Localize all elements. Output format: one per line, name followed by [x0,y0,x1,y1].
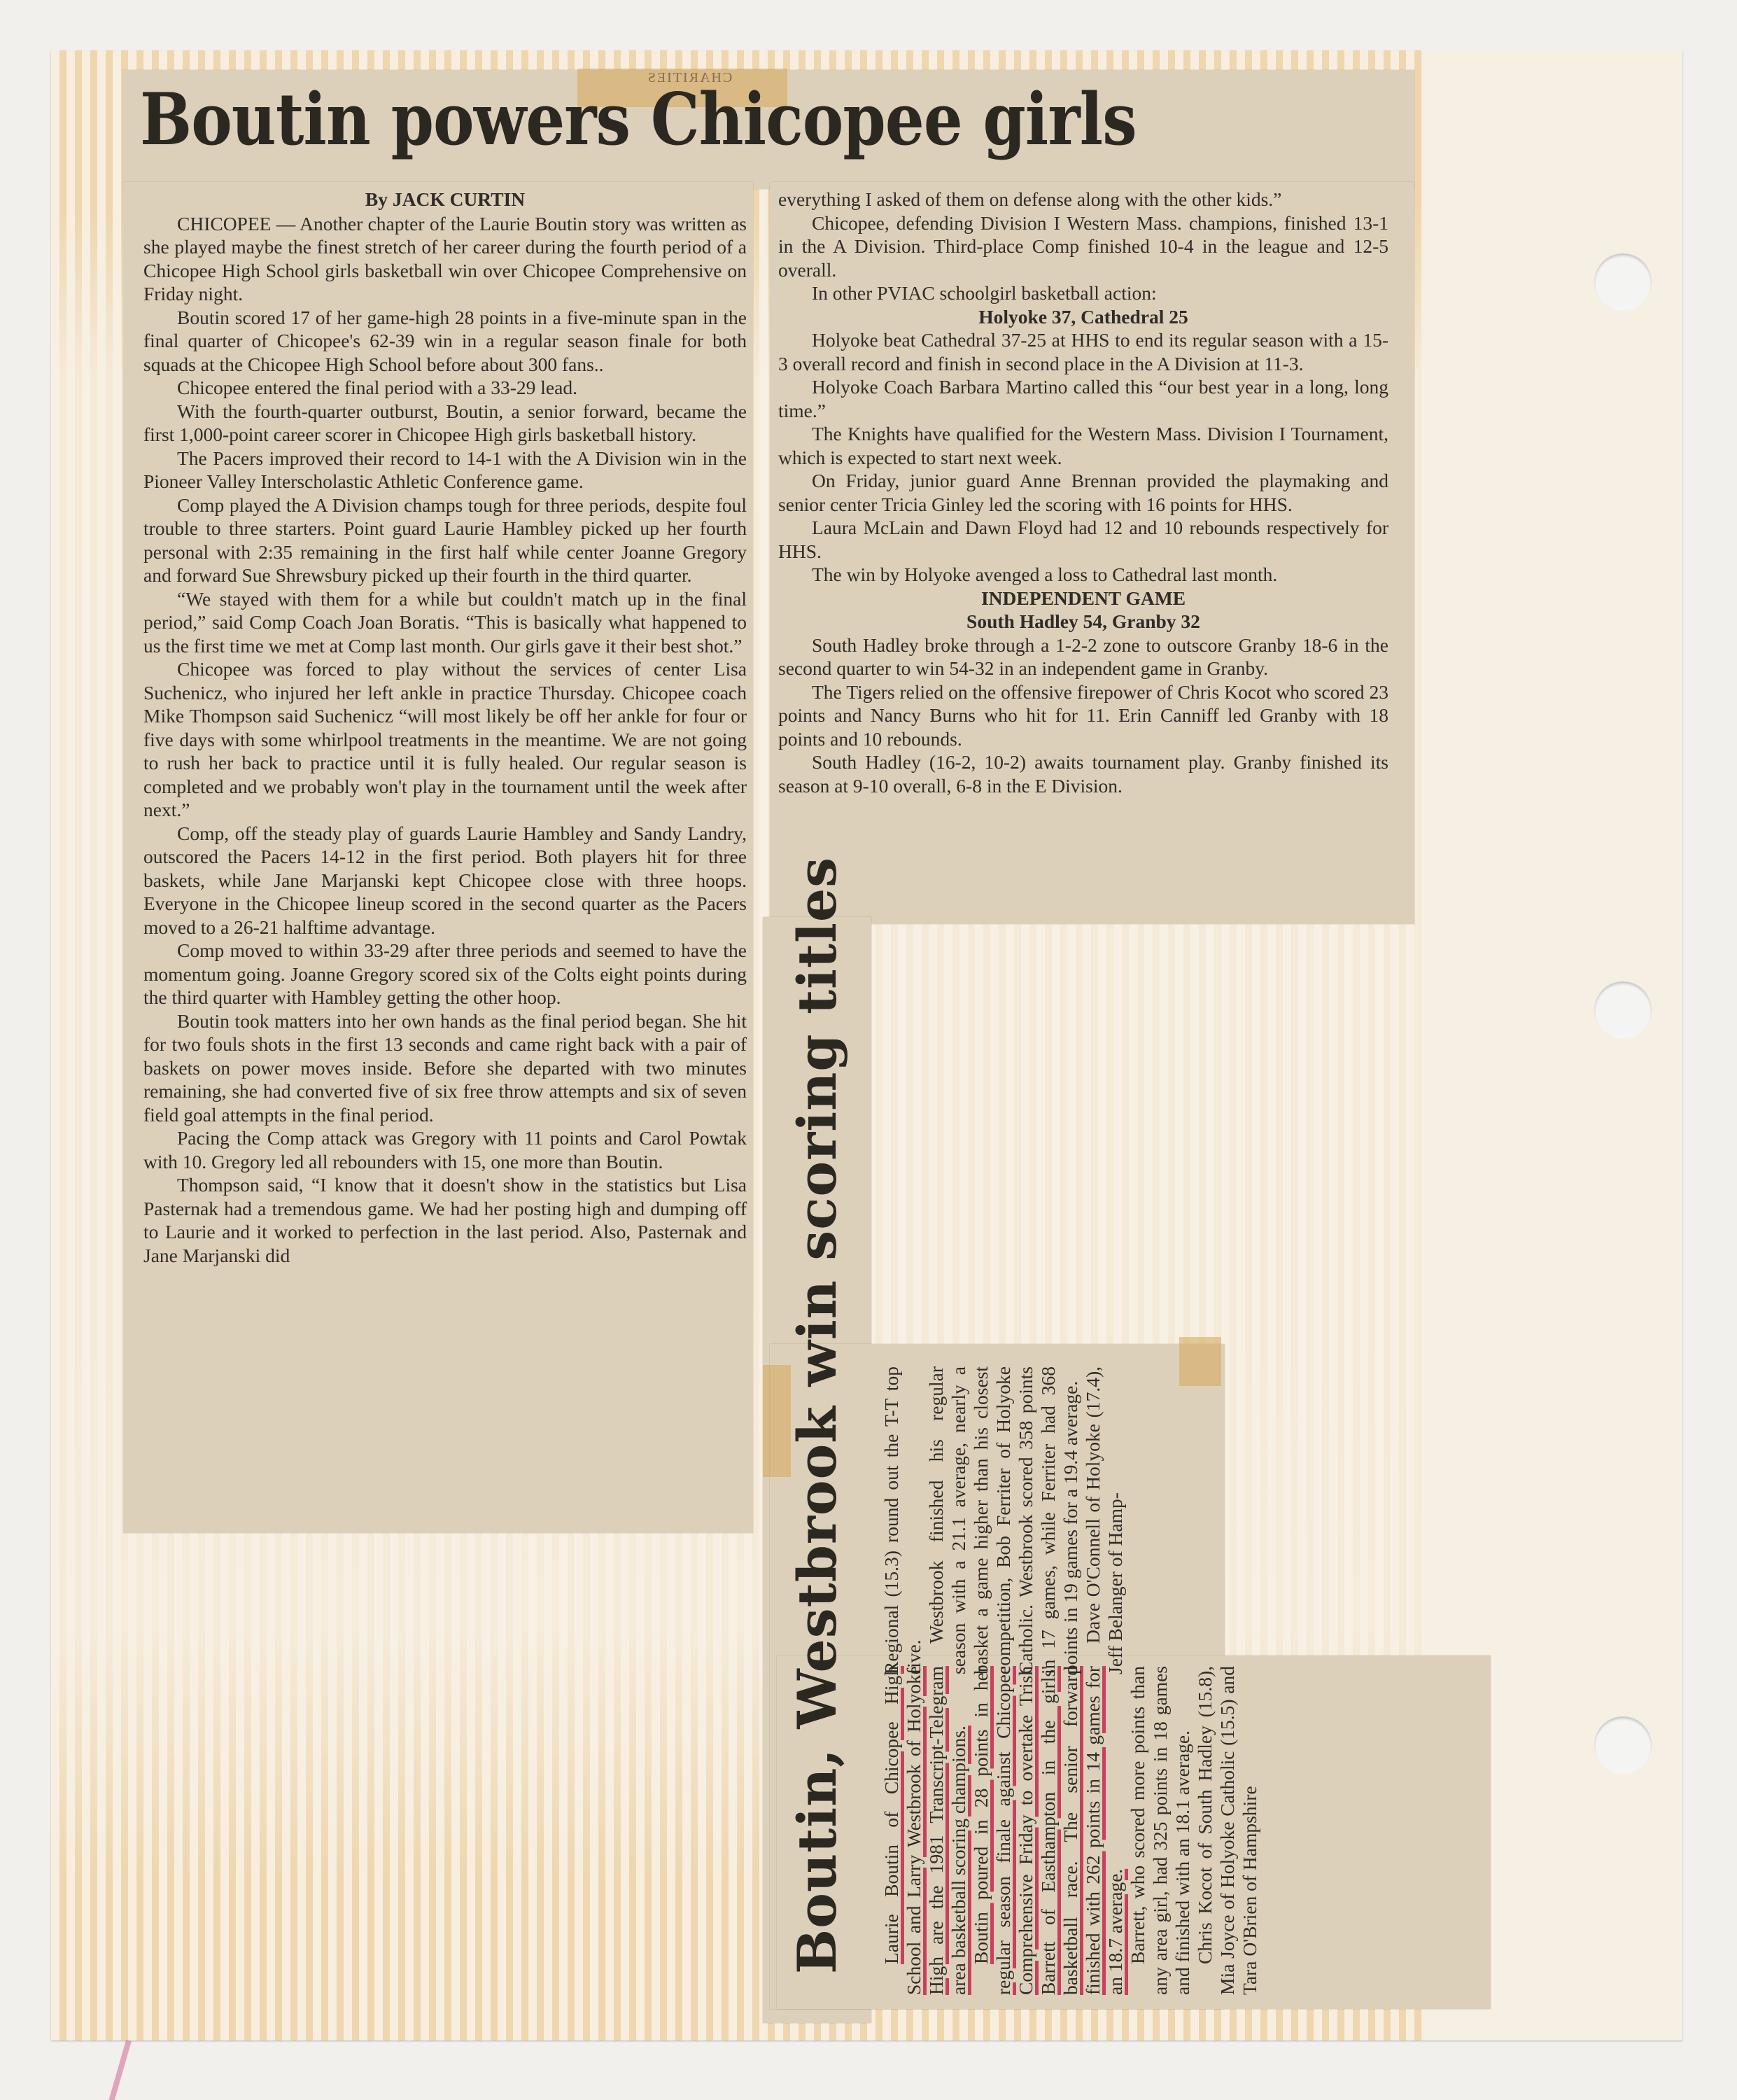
scoring-titles-column-2: Regional (15.3) round out the T-T top fi… [880,1366,1127,1674]
paragraph: Laura McLain and Dawn Floyd had 12 and 1… [778,516,1388,563]
article-right-column: everything I asked of them on defense al… [778,188,1388,797]
game-subhead: South Hadley 54, Granby 32 [778,610,1388,633]
paragraph: Comp played the A Division champs tough … [143,493,747,587]
paragraph: Thompson said, “I know that it doesn't s… [143,1173,747,1267]
paragraph: everything I asked of them on defense al… [778,188,1388,211]
paragraph: Boutin poured in 28 points in her regula… [970,1666,1127,1995]
paragraph: Chicopee entered the final period with a… [143,376,747,400]
paragraph: Chris Kocot of South Hadley (15.8), Mia … [1194,1666,1261,1995]
paragraph: The Knights have qualified for the Weste… [778,422,1388,469]
paragraph: South Hadley (16-2, 10-2) awaits tournam… [778,750,1388,797]
paragraph: The Tigers relied on the offensive firep… [778,680,1388,751]
paragraph: The win by Holyoke avenged a loss to Cat… [778,563,1388,587]
paragraph: Barrett, who scored more points than any… [1127,1666,1194,1995]
paragraph: Boutin took matters into her own hands a… [143,1009,747,1127]
paragraph: Comp, off the steady play of guards Laur… [143,822,747,939]
headline: Boutin powers Chicopee girls [140,84,1137,155]
paragraph: Chicopee was forced to play without the … [143,657,747,822]
scoring-titles-column-1: Laurie Boutin of Chicopee High School an… [880,1666,1261,1995]
paragraph: Holyoke Coach Barbara Martino called thi… [778,375,1388,422]
paragraph: Westbrook finished his regular season wi… [925,1366,1082,1674]
paragraph: Boutin scored 17 of her game-high 28 poi… [143,306,747,377]
paragraph: CHICOPEE — Another chapter of the Laurie… [143,212,747,306]
paragraph: With the fourth-quarter outburst, Boutin… [143,400,747,447]
binder-hole [1594,253,1652,311]
section-label: INDEPENDENT GAME [778,587,1388,610]
byline: By JACK CURTIN [143,188,747,211]
red-pencil-underline: Boutin poured in 28 points in her regula… [970,1666,1126,1995]
paragraph: Laurie Boutin of Chicopee High School an… [880,1666,970,1995]
binder-hole [1594,1716,1652,1774]
paragraph: On Friday, junior guard Anne Brennan pro… [778,469,1388,516]
paragraph: In other PVIAC schoolgirl basketball act… [778,281,1388,305]
paragraph: Dave O'Connell of Holyoke (17.4), Jeff B… [1082,1366,1127,1674]
red-pencil-underline: Laurie Boutin of Chicopee High School an… [880,1666,969,1995]
paragraph: South Hadley broke through a 1-2-2 zone … [778,633,1388,680]
binder-hole [1594,981,1652,1039]
paragraph: Regional (15.3) round out the T-T top fi… [880,1366,925,1674]
paragraph: Holyoke beat Cathedral 37-25 at HHS to e… [778,328,1388,375]
paragraph: Chicopee, defending Division I Western M… [778,211,1388,282]
pencil-mark [108,2040,131,2100]
game-subhead: Holyoke 37, Cathedral 25 [778,305,1388,329]
paragraph: “We stayed with them for a while but cou… [143,587,747,658]
article-left-column: By JACK CURTIN CHICOPEE — Another chapte… [143,188,747,1267]
paragraph: Comp moved to within 33-29 after three p… [143,939,747,1009]
paragraph: The Pacers improved their record to 14-1… [143,447,747,493]
paragraph: Pacing the Comp attack was Gregory with … [143,1126,747,1173]
scoring-titles-headline: Boutin, Westbrook win scoring titles [791,857,844,1974]
